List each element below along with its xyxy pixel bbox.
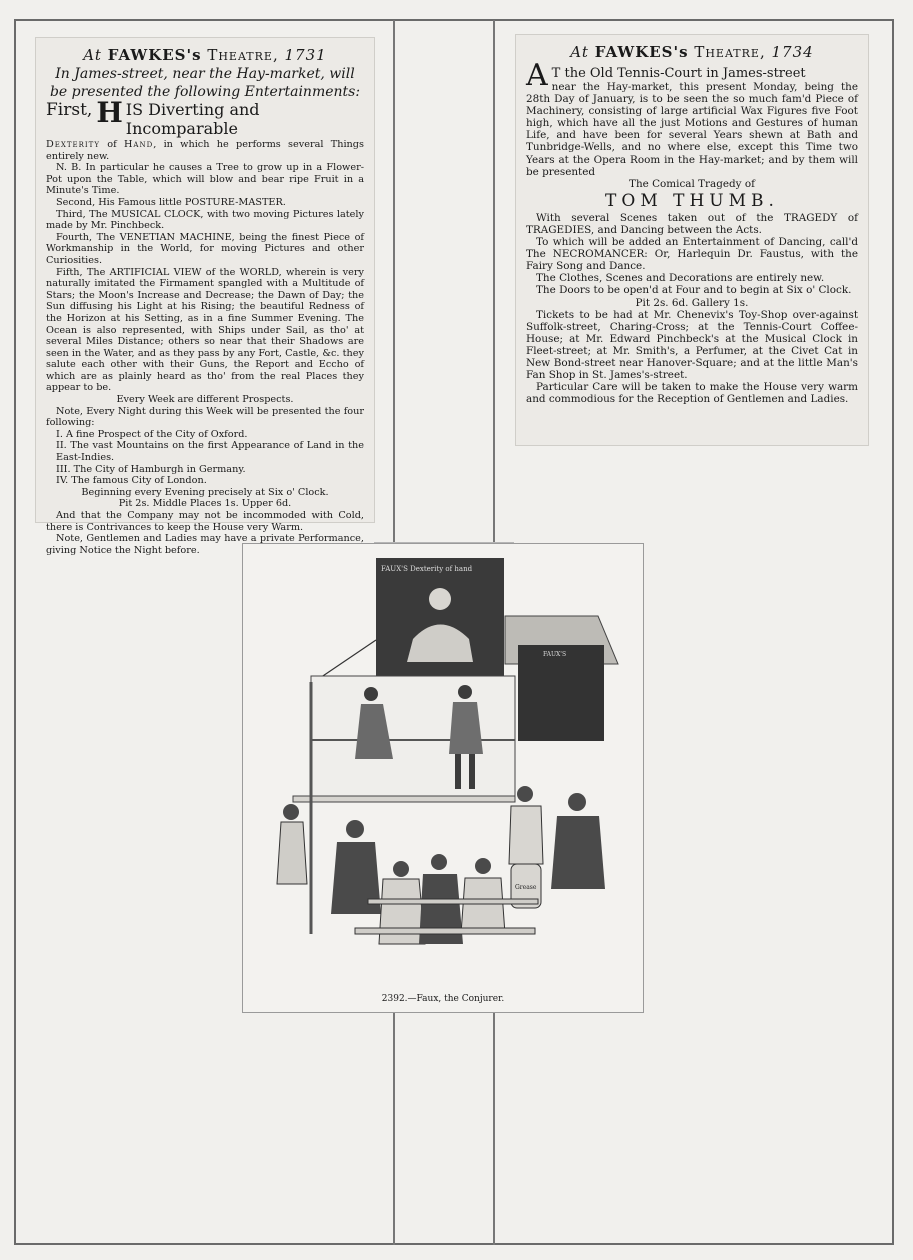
warmth-note: And that the Company may not be incommod…: [46, 510, 364, 533]
playbill-1731: At FAWKES's Theatre, 1731 In James-stree…: [36, 38, 374, 522]
note-prospects: Note, Every Night during this Week will …: [46, 406, 364, 429]
clothes-note: The Clothes, Scenes and Decorations are …: [526, 272, 858, 284]
playbill-1734: At FAWKES's Theatre, 1734 A T the Old Te…: [516, 35, 868, 445]
scenes-note: With several Scenes taken out of the TRA…: [526, 212, 858, 236]
nb-paragraph: N. B. In particular he causes a Tree to …: [46, 162, 364, 197]
first-entertainment: First, H IS Diverting and Incomparable: [46, 101, 364, 139]
venue-line: In James-street, near the Hay-market, wi…: [46, 65, 364, 83]
prospect-4: IV. The famous City of London.: [46, 475, 364, 487]
drop-cap: H: [96, 101, 122, 125]
care-note: Particular Care will be taken to make th…: [526, 381, 858, 405]
tickets-note: Tickets to be had at Mr. Chenevix's Toy-…: [526, 309, 858, 382]
play-title: TOM THUMB.: [526, 191, 858, 211]
drop-cap: A: [526, 63, 548, 89]
prospect-1: I. A fine Prospect of the City of Oxford…: [46, 429, 364, 441]
svg-text:Grease: Grease: [515, 884, 537, 891]
engraving-caption: 2392.—Faux, the Conjurer.: [243, 994, 643, 1004]
intro-line: be presented the following Entertainment…: [46, 83, 364, 101]
third-item: Third, The MUSICAL CLOCK, with two movin…: [46, 209, 364, 232]
svg-text:FAUX'S: FAUX'S: [543, 651, 566, 658]
sign-postures: [518, 645, 604, 741]
playbill-header: At FAWKES's Theatre, 1731: [46, 46, 364, 64]
second-item: Second, His Famous little POSTURE-MASTER…: [46, 197, 364, 209]
engraving-faux-the-conjurer: FAUX'S Dexterity of hand FAUX'S: [242, 543, 644, 1013]
svg-text:FAUX'S Dexterity of hand: FAUX'S Dexterity of hand: [381, 565, 473, 573]
start-time: Beginning every Evening precisely at Six…: [46, 487, 364, 499]
fifth-item: Fifth, The ARTIFICIAL VIEW of the WORLD,…: [46, 267, 364, 395]
doors-note: The Doors to be open'd at Four and to be…: [526, 284, 858, 296]
fourth-item: Fourth, The VENETIAN MACHINE, being the …: [46, 232, 364, 267]
price-line: Pit 2s. 6d. Gallery 1s.: [526, 297, 858, 309]
comical-line: The Comical Tragedy of: [526, 178, 858, 190]
opening-paragraph: A T the Old Tennis-Court in James-street…: [526, 62, 858, 178]
prospect-3: III. The City of Hamburgh in Germany.: [46, 464, 364, 476]
engraving-illustration: FAUX'S Dexterity of hand FAUX'S: [243, 544, 643, 1012]
price-line: Pit 2s. Middle Places 1s. Upper 6d.: [46, 498, 364, 510]
prospect-2: II. The vast Mountains on the first Appe…: [46, 440, 364, 463]
weekly-line: Every Week are different Prospects.: [46, 394, 364, 406]
first-entertainment-detail: Dexterity of Hand, in which he performs …: [46, 139, 364, 162]
handwritten-year: 1734: [772, 43, 814, 61]
playbill-header: At FAWKES's Theatre, 1734: [526, 43, 858, 61]
handwritten-year: 1731: [285, 46, 327, 64]
necromancer-note: To which will be added an Entertainment …: [526, 236, 858, 272]
